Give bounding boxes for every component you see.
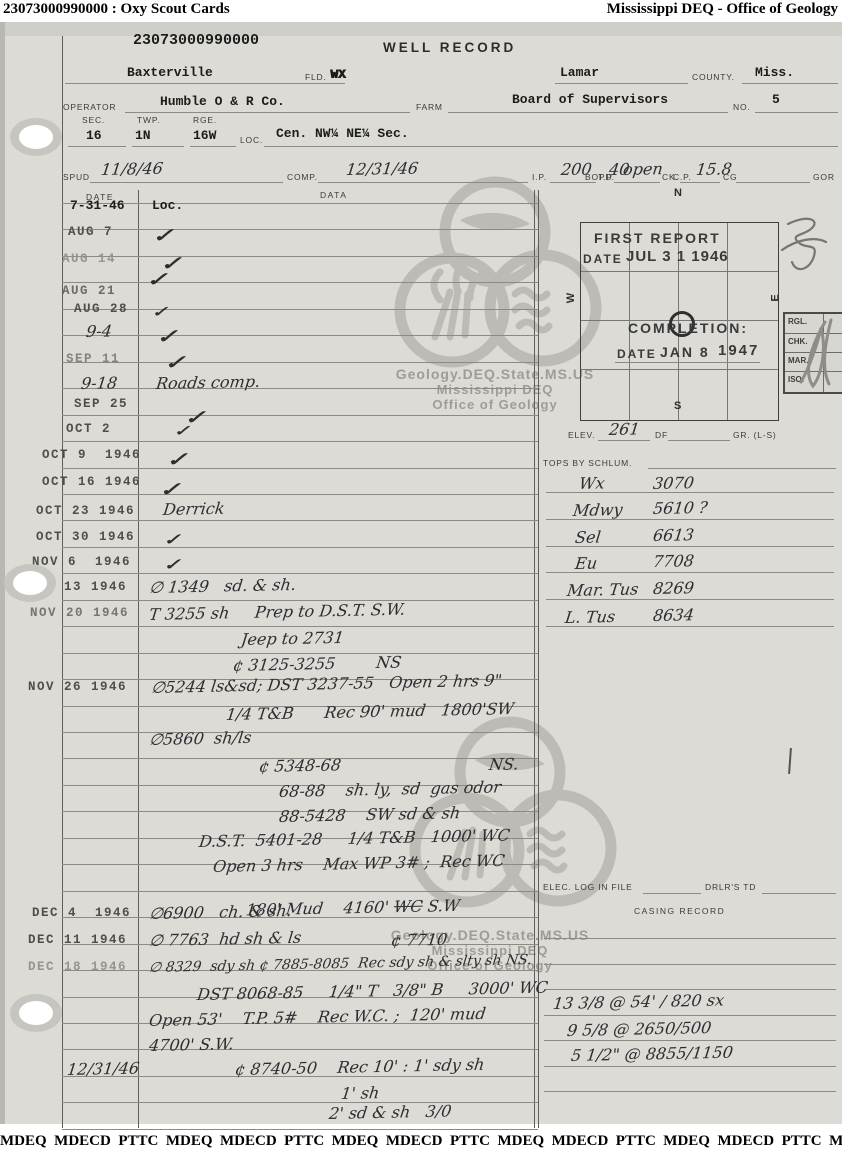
log-date: OCT 30 1946 [36,530,135,544]
document-id-title: 23073000990000 : Oxy Scout Cards [3,1,230,18]
punch-hole-bottom [10,994,62,1032]
tops-label: TOPS BY SCHLUM. [543,458,632,468]
log-data: DST 8068-85 1/4" T 3/8" B 3000' WC [196,978,549,1004]
log-data: 2' sd & sh 3/0 [328,1101,453,1123]
log-date: 7-31-46 [70,198,125,213]
top-depth: 5610 ? [652,498,709,518]
completion-date-year: 1947 [718,342,759,359]
scan-area: Geology.DEQ.State.MS.US Mississippi DEQ … [0,22,842,1124]
log-data: Derrick [162,499,226,519]
log-date: NOV 20 1946 [30,606,129,620]
scan-left-edge [0,22,5,1124]
elev-label: ELEV. [568,430,595,440]
log-check: ✓ [158,479,185,502]
twp-label: TWP. [137,115,160,125]
farm-label: FARM [416,102,443,112]
compass-w: W [565,293,577,303]
review-pencil-scribble [791,316,841,390]
punch-hole-top [10,118,62,156]
loc-label: LOC. [240,135,263,145]
review-stamp-box: RGL. CHK. MAR. ISO. [783,312,842,394]
casing-record-title: CASING RECORD [634,906,725,916]
log-date: NOV 26 1946 [28,680,127,694]
completion-date-month: JAN 8 [660,344,710,360]
log-date: AUG 14 [62,252,116,266]
log-date: AUG 28 [74,302,128,316]
log-data: ∅ 1349 sd. & sh. [148,575,297,597]
elec-log-label: ELEC. LOG IN FILE [543,882,633,892]
agency-title: Mississippi DEQ - Office of Geology [607,1,838,18]
well-number: 23073000990000 [133,32,259,49]
log-check: ✓ [173,423,194,440]
pencil-initials-scribble [778,212,830,282]
log-data: ¢ 5348-68 [258,755,342,776]
casing-entry: 13 3/8 @ 54' / 820 sx [552,990,725,1013]
top-depth: 3070 [652,473,695,493]
top-name: Wx [578,473,606,493]
log-data-right: ¢ 7710 [390,930,448,950]
log-data: 88-5428 SW sd & sh [278,803,461,826]
spud-value: 11/8/46 [100,159,164,179]
date-data-divider [138,190,139,1128]
viewer-footer: MDEQ MDECD PTTC MDEQ MDECD PTTC MDEQ MDE… [0,1130,842,1156]
casing-entry: 5 1/2" @ 8855/1150 [570,1043,734,1065]
tally-mark [788,748,792,774]
viewer-header: 23073000990000 : Oxy Scout Cards Mississ… [0,0,842,22]
operator-label: OPERATOR [63,102,116,112]
top-depth: 8634 [652,605,695,625]
bopd-value: open [622,159,664,179]
log-data-strike: WC [393,897,424,917]
field-label: FLD. [305,72,327,82]
comp-label: COMP. [287,172,318,182]
first-report-date: JUL 3 1 1946 [626,248,729,265]
log-data: ∅5860 sh/ls [148,728,253,749]
log-date: DEC 4 1946 [32,906,131,920]
spud-label: SPUD [63,172,90,182]
twp-value: 1N [135,128,151,143]
log-data: T 3255 sh Prep to D.S.T. S.W. [148,600,406,624]
log-check: ✓ [163,352,190,375]
log-data: Jeep to 2731 [240,628,345,649]
casing-entry: 9 5/8 @ 2650/500 [566,1018,713,1040]
log-data: 1' sh [340,1083,381,1103]
top-depth: 6613 [652,525,695,545]
farm-name: Board of Supervisors [512,92,668,107]
gor-label: GOR [813,172,835,182]
top-name: Mar. Tus [566,580,640,600]
top-name: Mdwy [572,500,624,520]
footer-orgs-text: MDEQ MDECD PTTC MDEQ MDECD PTTC MDEQ MDE… [0,1133,842,1150]
sec-value: 16 [86,128,102,143]
log-date: 9-4 [85,321,113,341]
operator-name: Humble O & R Co. [160,94,285,109]
top-name: Eu [574,554,598,573]
elev-gr-label: GR. (L-S) [733,430,777,440]
log-date: AUG 21 [62,284,116,298]
log-check: ✓ [145,269,172,292]
top-depth: 7708 [652,551,695,571]
completion-date-label: DATE [617,347,657,361]
log-data: Loc. [152,198,183,213]
field-name: Baxterville [127,65,213,80]
log-data: Open 53' T.P. 5# Rec W.C. ; 120' mud [148,1004,487,1030]
log-date: AUG 7 [68,225,113,239]
log-data: ∅6900 ch. & sh. [148,901,293,923]
county-label: COUNTY. [692,72,735,82]
log-data: ¢ 3125-3255 NS [232,652,402,675]
punch-hole-middle [4,564,56,602]
loc-value: Cen. NW¼ NE¼ Sec. [276,126,409,141]
sec-label: SEC. [82,115,105,125]
scan-top-shadow [0,22,842,36]
log-date: OCT 9 1946 [42,448,141,462]
compass-e: E [770,294,782,301]
well-no-label: NO. [733,102,751,112]
log-date: OCT 16 1946 [42,475,141,489]
elev-value: 261 [608,419,641,439]
log-check: ✓ [151,225,178,248]
log-check: ✓ [163,556,185,574]
rge-value: 16W [193,128,216,143]
top-name: L. Tus [564,607,616,627]
well-no-value: 5 [772,92,780,107]
log-date: SEP 11 [66,352,120,366]
first-report-stamp: FIRST REPORT [594,230,721,246]
ck-value: 200 [560,159,593,179]
data-column-header: DATA [320,190,347,200]
log-data-post: S.W [422,896,461,916]
tp-label: T.P. [598,172,615,182]
log-data: ∅ 7763 hd sh & ls [148,928,302,950]
log-data: Roads comp. [155,372,261,393]
log-check: ✓ [165,449,192,472]
log-date: NOV 6 1946 [32,555,131,569]
completion-stamp: COMPLETION: [628,320,748,336]
state-name: Miss. [755,65,794,80]
rge-label: RGE. [193,115,217,125]
log-data: 4700' S.W. [148,1034,235,1055]
county-name: Lamar [560,65,599,80]
elev-df-label: DF [655,430,668,440]
comp-value: 12/31/46 [345,158,419,179]
log-date: OCT 23 1946 [36,504,135,518]
top-name: Sel [574,527,602,547]
log-date: 9-18 [80,373,118,393]
ip-label: I.P. [532,172,547,182]
top-depth: 8269 [652,578,695,598]
cg-label: CG [723,172,737,182]
log-date: 12/31/46 [66,1058,140,1079]
drlrs-td-label: DRLR'S TD [705,882,756,892]
log-check: ✓ [151,304,172,321]
compass-n: N [674,187,682,199]
log-check: ✓ [155,326,182,349]
field-overstamp: WX [330,67,346,82]
log-date: DEC 11 1946 [28,933,127,947]
log-data-right: NS. [488,754,520,774]
log-date: SEP 25 [74,397,128,411]
card-title: WELL RECORD [383,40,516,55]
compass-s: S [674,400,681,412]
log-date: DEC 18 1946 [28,960,127,974]
first-report-date-label: DATE [583,252,623,266]
log-data: ∅5244 ls&sd; DST 3237-55 Open 2 hrs 9" [150,671,503,697]
log-date: OCT 2 [66,422,111,436]
scanned-well-record-page: 23073000990000 : Oxy Scout Cards Mississ… [0,0,842,1156]
log-check: ✓ [163,531,185,549]
cp-label: C.P. [673,172,692,182]
